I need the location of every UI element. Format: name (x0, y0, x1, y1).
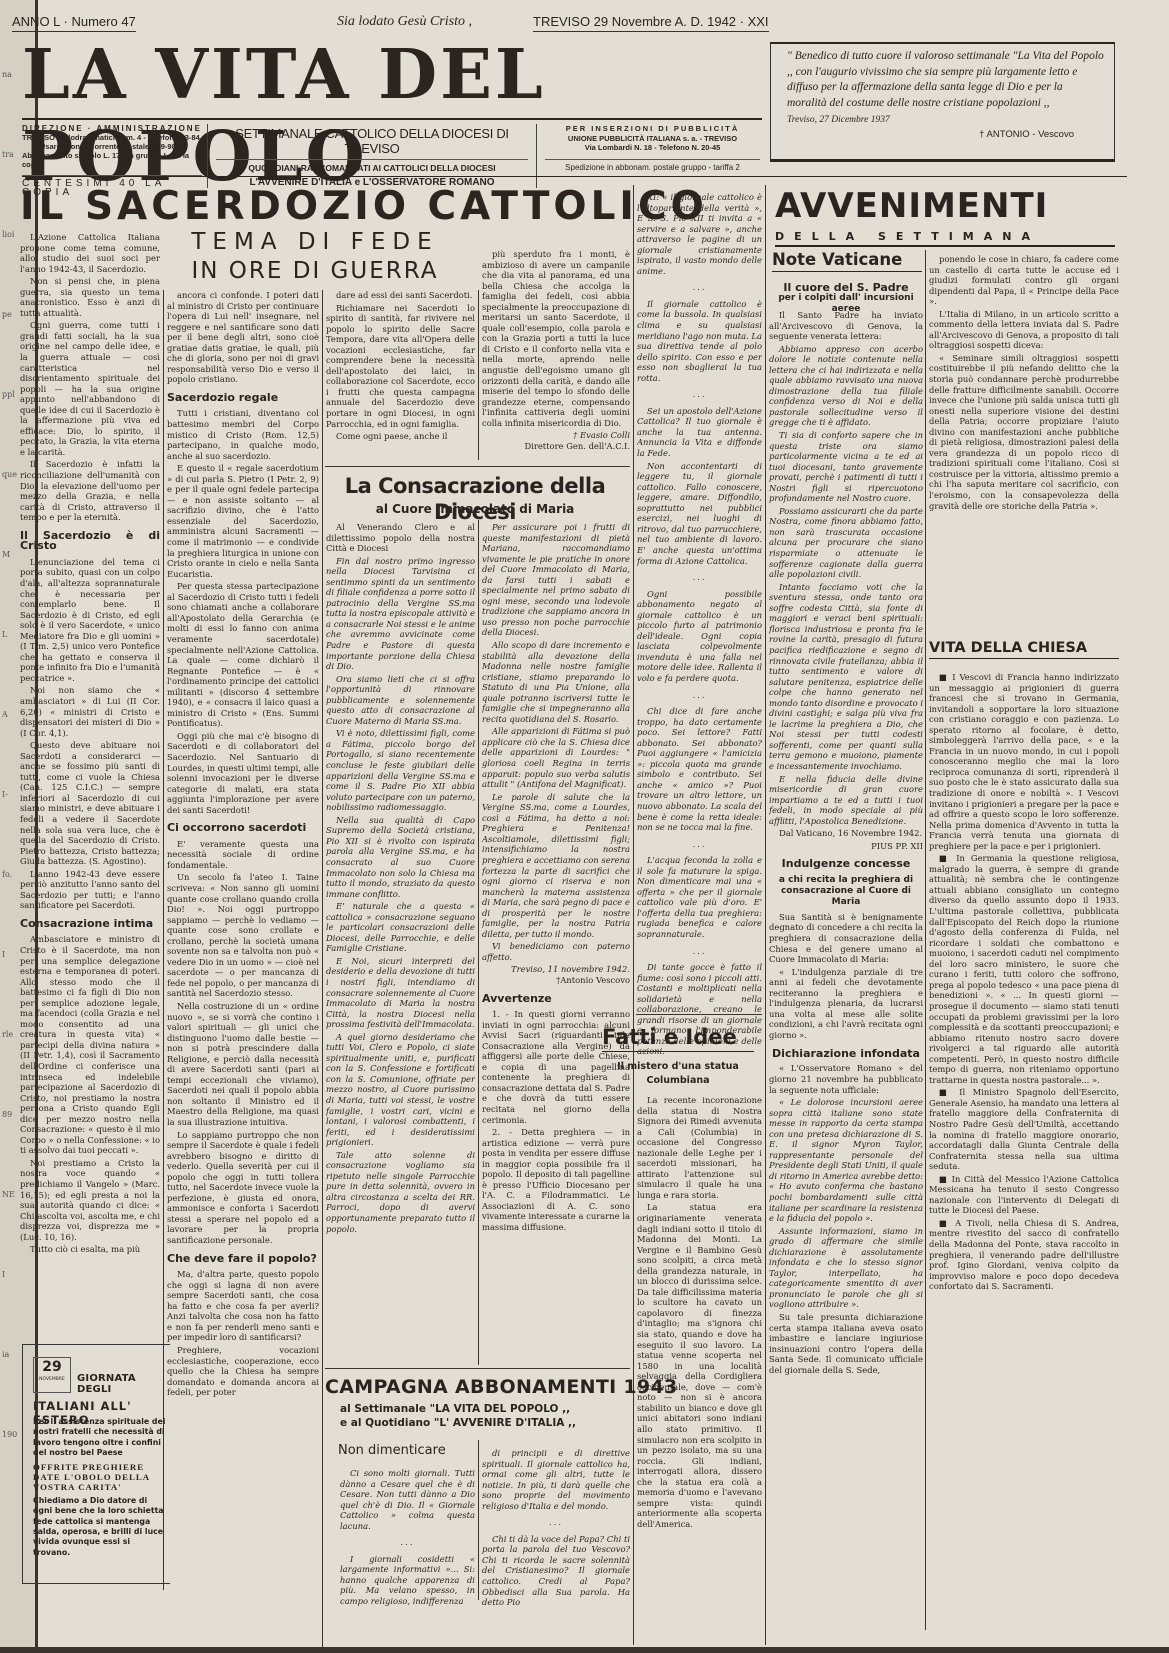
main-article-paragraph: Lo sappiamo purtroppo che non sempre il … (167, 1130, 319, 1246)
quote-signature: † ANTONIO - Vescovo (787, 127, 1074, 143)
issue-number: ANNO L · Numero 47 (12, 14, 136, 32)
main-article-paragraph: E' veramente questa una necessità social… (167, 839, 319, 871)
consacrazione-signature: †Antonio Vescovo (482, 975, 630, 986)
giornale-separator: ... (637, 839, 762, 850)
tema-line-1: TEMA DI FEDE (165, 228, 465, 257)
note-vaticane-paragraph: Ti sia di conforto sapere che in questa … (769, 430, 923, 504)
scan-bottom-edge (0, 1647, 1169, 1653)
main-article-paragraph: L'Azione Cattolica Italiana propone come… (20, 232, 160, 274)
section-rule (325, 1368, 630, 1369)
avvenimenti-headline: AVVENIMENTI (775, 186, 1048, 226)
consacrazione-paragraph: Vi benediciamo con paterno affetto. (482, 941, 630, 962)
advert-label: PER INSERZIONI DI PUBBLICITÀ (545, 124, 760, 134)
note-vaticane-paragraph: ponendo le cose in chiaro, fa cadere com… (929, 254, 1119, 307)
campagna-paragraph: I giornali cosidetti « largamente inform… (340, 1554, 475, 1607)
note-vaticane-paragraph: L'Italia di Milano, in un articolo scrit… (929, 309, 1119, 351)
consacrazione-subhead: al Cuore Immacolato di Maria (325, 502, 625, 516)
campagna-paragraph: di principii e di direttive spirituali. … (482, 1448, 630, 1511)
subtitle: SETTIMANALE CATTOLICO DELLA DIOCESI DI T… (216, 124, 528, 160)
consacrazione-paragraph: Tale atto solenne di consacrazione vogli… (326, 1150, 475, 1234)
consacrazione-subheading: Avvertenze (482, 994, 630, 1005)
consacrazione-paragraph: E' naturale che a questa « cattolica » c… (326, 901, 475, 954)
vita-chiesa-paragraph: ■ A Tivoli, nella Chiesa di S. Andrea, m… (929, 1218, 1119, 1292)
fatti-idee-column: La recente incoronazione della statua di… (637, 1095, 762, 1531)
main-article-paragraph: dare ad essi dei santi Sacerdoti. (326, 290, 475, 301)
vita-chiesa-headline: VITA DELLA CHIESA (929, 640, 1119, 659)
campagna-headline: CAMPAGNA ABBONAMENTI 1943 (325, 1376, 625, 1398)
note-vaticane-headline: Note Vaticane (772, 250, 922, 272)
consacrazione-paragraph: A quel giorno desideriamo che tutti Voi,… (326, 1032, 475, 1148)
giornata-title-1: GIORNATA DEGLI (77, 1373, 170, 1395)
note-vaticane-paragraph: Sua Santità si è benignamente degnato di… (769, 912, 923, 965)
main-article-signature: Direttore Gen. dell'A.C.I. (482, 441, 630, 452)
giornale-cattolico-column: XI: « il giornale cattolico è l'altoparl… (637, 192, 762, 1059)
adjacent-page-fragment: I (2, 1270, 35, 1280)
main-article-paragraph: Noi non siamo che « ambasciatori » di Lu… (20, 685, 160, 738)
main-article-paragraph: Preghiere, vocazioni ecclesiastiche, coo… (167, 1345, 319, 1398)
note-vaticane-signature: PIUS PP. XII (769, 841, 923, 852)
avvenimenti-subhead: DELLA SETTIMANA (775, 230, 1115, 247)
campagna-col-2: di principii e di direttive spirituali. … (482, 1448, 630, 1610)
note-vaticane-paragraph: a chi recita la preghiera di consacrazio… (769, 875, 923, 908)
campagna-subhead: al Settimanale "LA VITA DEL POPOLO ,, e … (340, 1402, 630, 1430)
tema-line-2: IN ORE DI GUERRA (165, 257, 465, 286)
tema-subhead: TEMA DI FEDE IN ORE DI GUERRA (165, 228, 465, 286)
giornata-appeal: OFFRITE PREGHIERE DATE L'OBOLO DELLA VOS… (33, 1462, 169, 1493)
consacrazione-col-2: Per assicurare poi i frutti di queste ma… (482, 522, 630, 1235)
giornale-separator: ... (637, 282, 762, 293)
giornale-paragraph: L'acqua feconda la zolla e il sole fa ma… (637, 855, 762, 939)
note-vaticane-paragraph: Abbiamo appreso con acerbo dolore le not… (769, 344, 923, 428)
giornata-body-1: Per l' assistenza spirituale dei nostri … (33, 1417, 169, 1459)
address: TREVISO - Filodrammatici num. 4 - Telefo… (22, 133, 202, 142)
note-vaticane-subheading: Dichiarazione infondata (769, 1048, 923, 1059)
advert-address: Via Lombardi N. 18 - Telefono N. 20-45 (545, 143, 760, 153)
giornale-paragraph: XI: « il giornale cattolico è l'altoparl… (637, 192, 762, 276)
main-article-subheading: Che deve fare il popolo? (167, 1254, 319, 1265)
giornale-separator: ... (637, 389, 762, 400)
main-article-paragraph: Ma, d'altra parte, questo popolo che ogg… (167, 1269, 319, 1343)
note-vaticane-paragraph: « L'Osservatore Romano » del giorno 21 n… (769, 1063, 923, 1095)
main-article-paragraph: Nella costruzione di un « ordine nuovo »… (167, 1001, 319, 1128)
main-article-subheading: Consacrazione intima (20, 919, 160, 930)
bishop-quote-box: " Benedico di tutto cuore il valoroso se… (770, 42, 1115, 162)
campagna-sub-2: e al Quotidiano "L' AVVENIRE D'ITALIA ,, (340, 1416, 630, 1430)
main-article-subheading: Ci occorrono sacerdoti (167, 823, 319, 834)
note-vaticane-subheading: Indulgenze concesse (769, 859, 923, 870)
note-vaticane-sub-1: Il cuore del S. Padre (769, 282, 923, 293)
main-article-paragraph: Tutto ciò ci esalta, ma più (20, 1244, 160, 1255)
note-vaticane-paragraph: « Le dolorose incursioni aeree sopra cit… (769, 1097, 923, 1224)
giornata-body-3: Chiediamo a Dio datore di ogni bene che … (33, 1496, 169, 1558)
main-article-paragraph: E questo il « regale sacerdotium » di cu… (167, 463, 319, 579)
note-vaticane-paragraph: Possiamo assicurarti che da parte Nostra… (769, 506, 923, 580)
consacrazione-paragraph: 2. - Detta preghiera — in artistica ediz… (482, 1127, 630, 1232)
main-article-paragraph: Un secolo fa l'ateo I. Taine scriveva: «… (167, 872, 319, 999)
vita-chiesa-column: ■ I Vescovi di Francia hanno indirizzato… (929, 672, 1119, 1294)
section-rule (325, 466, 630, 467)
main-article-paragraph: Ogni guerra, come tutti i grandi fatti s… (20, 320, 160, 457)
main-article-paragraph: Richiamare nei Sacerdoti lo spirito di s… (326, 303, 475, 430)
main-article-col-4: più sperduto fra i monti, è ambizioso di… (482, 249, 630, 451)
main-article-paragraph: più sperduto fra i monti, è ambizioso di… (482, 249, 630, 428)
consacrazione-paragraph: Alle apparizioni di Fátima si può applic… (482, 726, 630, 789)
consacrazione-paragraph: E Noi, sicuri interpreti del desiderio e… (326, 956, 475, 1030)
column-rule (765, 185, 766, 1645)
campagna-col-1: Ci sono molti giornali. Tutti dànno a Ce… (340, 1468, 475, 1609)
main-article-col-1: L'Azione Cattolica Italiana propone come… (20, 232, 160, 1257)
fatti-idee-subhead: Il mistero d'una statua Columbiana (602, 1060, 754, 1088)
date-day: 29 (34, 1358, 70, 1376)
campagna-separator: ... (482, 1517, 630, 1528)
note-vaticane-paragraph: Il Santo Padre ha inviato all'Arcivescov… (769, 310, 923, 342)
consacrazione-paragraph: Per assicurare poi i frutti di queste ma… (482, 522, 630, 638)
campagna-paragraph: Chi ti dà la voce del Papa? Chi ti porta… (482, 1534, 630, 1608)
column-rule (925, 250, 926, 1630)
main-headline: IL SACERDOZIO CATTOLICO (20, 184, 708, 230)
date-month: NOVEMBRE (34, 1376, 70, 1384)
main-article-subheading: Sacerdozio regale (167, 393, 319, 404)
main-article-paragraph: L'anno 1942-43 deve essere perciò anzitu… (20, 869, 160, 911)
consacrazione-signature: Treviso, 11 novembre 1942. (482, 964, 630, 975)
consacrazione-paragraph: Allo scopo di dare incremento e stabilit… (482, 640, 630, 724)
direzione-label: DIREZIONE · AMMINISTRAZIONE (22, 124, 202, 133)
column-rule (322, 290, 323, 1653)
column-rule (633, 185, 634, 1645)
main-article-paragraph: ancora ci confonde. I poteri dati al min… (167, 290, 319, 385)
giornale-separator: ... (637, 572, 762, 583)
vita-chiesa-paragraph: ■ In Città del Messico l'Azione Cattolic… (929, 1174, 1119, 1216)
shipping-note: Spedizione in abbonam. postale gruppo - … (545, 159, 760, 173)
note-vaticane-paragraph: E nella fiducia delle divine misericordi… (769, 774, 923, 827)
giornata-body: Per l' assistenza spirituale dei nostri … (33, 1417, 169, 1561)
consacrazione-paragraph: Le parole di salute che la Vergine SS.ma… (482, 792, 630, 940)
consacrazione-paragraph: Al Venerando Clero e al dilettissimo pop… (326, 522, 475, 554)
conto-corrente: Usare: Conto Corrente Postale N. 9-9876 (22, 142, 202, 151)
main-article-paragraph: Noi prestiamo a Cristo la nostra voce qu… (20, 1158, 160, 1242)
date-badge: 29 NOVEMBRE (33, 1357, 71, 1393)
fatti-idee-headline: Fatti e Idee (602, 1025, 754, 1052)
note-vaticane-paragraph: « Seminare simili oltraggiosi sospetti c… (929, 353, 1119, 511)
main-article-signature: † Evasio Colli (482, 430, 630, 441)
main-article-paragraph: Non si pensi che, in piena guerra, sia q… (20, 276, 160, 318)
giornale-paragraph: Non accontentarti di leggere tu, il gior… (637, 461, 762, 566)
campagna-separator: ... (340, 1537, 475, 1548)
giornale-paragraph: Ogni possibile abbonamento negato al gio… (637, 589, 762, 684)
main-article-subheading: Il Sacerdozio è di Cristo (20, 531, 160, 552)
advert-agency: UNIONE PUBBLICITÀ ITALIANA s. a. - TREVI… (545, 134, 760, 144)
consacrazione-headline: La Consacrazione della Diocesi (325, 473, 625, 525)
main-article-paragraph: Per questa stessa partecipazione al Sace… (167, 581, 319, 729)
consacrazione-paragraph: Nella sua qualità di Capo Supremo della … (326, 815, 475, 899)
main-article-paragraph: Questo deve abituare noi Sacerdoti a con… (20, 740, 160, 867)
consacrazione-paragraph: Fin dal nostro primo ingresso nella Dioc… (326, 556, 475, 672)
vita-chiesa-paragraph: ■ Il Ministro Spagnolo dell'Esercito, Ge… (929, 1087, 1119, 1171)
column-rule (478, 290, 479, 460)
campagna-paragraph: Ci sono molti giornali. Tutti dànno a Ce… (340, 1468, 475, 1531)
vita-chiesa-paragraph: ■ I Vescovi di Francia hanno indirizzato… (929, 672, 1119, 851)
consacrazione-col-1: Al Venerando Clero e al dilettissimo pop… (326, 522, 475, 1236)
main-article-paragraph: Ambasciatore e ministro di Cristo è il S… (20, 934, 160, 1155)
main-article-paragraph: Il Sacerdozio è infatti la riconciliazio… (20, 459, 160, 522)
main-article-paragraph: L'enunciazione del tema ci porta subito,… (20, 557, 160, 684)
fatti-idee-paragraph: La statua era originariamente venerata d… (637, 1202, 762, 1529)
giornale-separator: ... (637, 690, 762, 701)
note-vaticane-col-2: ponendo le cose in chiaro, fa cadere com… (929, 254, 1119, 513)
consacrazione-paragraph: Vi è noto, dilettissimi figli, come a Fá… (326, 728, 475, 812)
main-article-paragraph: Oggi più che mai c'è bisogno di Sacerdot… (167, 731, 319, 815)
column-rule (478, 520, 479, 1365)
giornata-italiani-estero-box: 29 NOVEMBRE GIORNATA DEGLI ITALIANI ALL'… (22, 1344, 170, 1584)
note-vaticane-col-1: Il Santo Padre ha inviato all'Arcivescov… (769, 310, 923, 1377)
fatti-idee-paragraph: La recente incoronazione della statua di… (637, 1095, 762, 1200)
giornale-paragraph: Sei un apostolo dell'Azione Cattolica? I… (637, 406, 762, 459)
masthead-bottom-rule (22, 176, 1127, 177)
consacrazione-paragraph: Ora siamo lieti che ci si offra l'opport… (326, 674, 475, 727)
giornale-separator: ... (637, 946, 762, 957)
subscription-price: Abbonamento singolo L. 17 - In gruppo L.… (22, 151, 202, 169)
non-dimenticare-heading: Non dimenticare (338, 1443, 446, 1458)
bishop-quote: " Benedico di tutto cuore il valoroso se… (787, 49, 1104, 111)
vita-chiesa-paragraph: ■ In Germania la questione religiosa, ma… (929, 853, 1119, 1085)
masthead-advertising: PER INSERZIONI DI PUBBLICITÀ UNIONE PUBB… (545, 124, 760, 172)
main-article-paragraph: Come ogni paese, anche il (326, 431, 475, 442)
giornale-paragraph: Chi dice di fare anche troppo, ha dato c… (637, 706, 762, 833)
note-vaticane-paragraph: Dal Vaticano, 16 Novembre 1942. (769, 828, 923, 839)
masthead-rule (22, 118, 762, 120)
note-vaticane-paragraph: « L'indulgenza parziale di tre anni ai f… (769, 967, 923, 1041)
campagna-sub-1: al Settimanale "LA VITA DEL POPOLO ,, (340, 1402, 630, 1416)
dateline: TREVISO 29 Novembre A. D. 1942 · XXI (533, 14, 769, 32)
note-vaticane-paragraph: Intanto facciamo voti che la sventura st… (769, 582, 923, 772)
quotidiani-line-1: QUOTIDIANI RACCOMANDATI AI CATTOLICI DEL… (208, 163, 536, 174)
main-article-col-3: dare ad essi dei santi Sacerdoti.Richiam… (326, 290, 475, 444)
main-article-paragraph: Tutti i cristiani, diventano col battesi… (167, 408, 319, 461)
main-article-col-2: ancora ci confonde. I poteri dati al min… (167, 290, 319, 1400)
note-vaticane-paragraph: Su tale presunta dichiarazione certa sta… (769, 1312, 923, 1375)
column-rule (478, 1440, 479, 1600)
giornale-paragraph: Il giornale cattolico è come la bussola.… (637, 299, 762, 383)
masthead-subtitle-block: SETTIMANALE CATTOLICO DELLA DIOCESI DI T… (207, 124, 537, 188)
motto: Sia lodato Gesù Cristo , (337, 14, 472, 30)
note-vaticane-paragraph: Assunte informazioni, siamo in grado di … (769, 1226, 923, 1310)
